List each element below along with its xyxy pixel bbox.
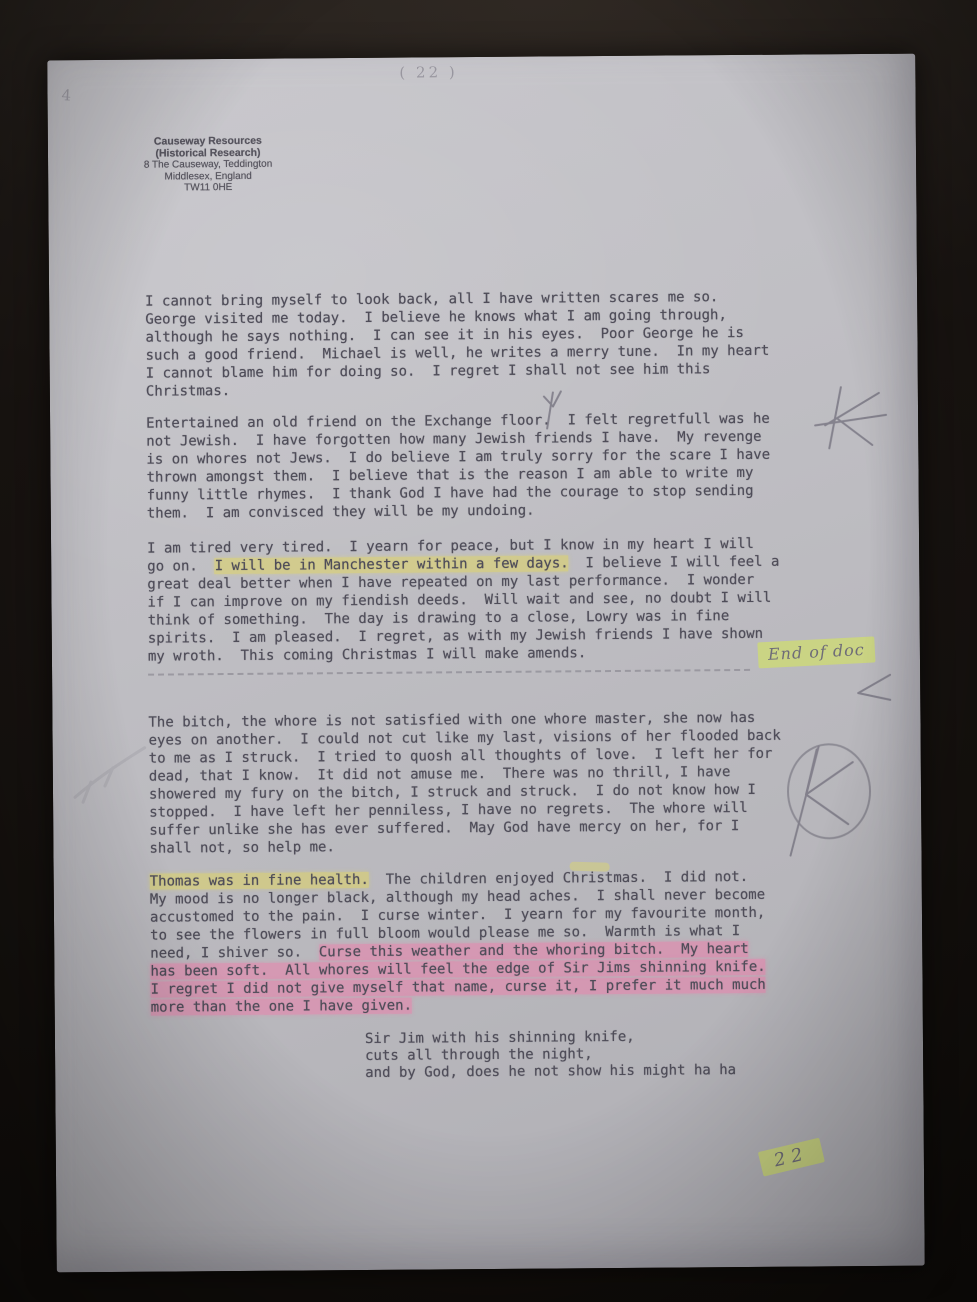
paragraph: I cannot bring myself to look back, all … bbox=[145, 288, 776, 401]
faint-scribble-icon bbox=[75, 748, 145, 803]
typed-divider bbox=[148, 669, 750, 676]
typed-text: Christmas. bbox=[146, 383, 230, 400]
arrow-annotation-icon bbox=[858, 675, 890, 700]
typed-line: them. I am convisced they will be my und… bbox=[147, 500, 777, 523]
typed-text: them. I am convisced they will be my und… bbox=[147, 503, 535, 522]
typed-text: Sir Jim with his shinning knife, bbox=[365, 1029, 635, 1047]
typed-text: go on. bbox=[147, 558, 215, 575]
paragraph: Entertained an old friend on the Exchang… bbox=[146, 410, 777, 523]
highlighted-text: I regret I did not give myself that name… bbox=[150, 977, 765, 998]
circled-asterisk-icon bbox=[788, 744, 871, 856]
highlighted-text: Thomas was in fine health. bbox=[150, 872, 369, 890]
paragraph: The bitch, the whore is not satisfied wi… bbox=[148, 709, 779, 858]
typed-text: my wroth. This coming Christmas I will m… bbox=[148, 645, 586, 664]
paragraph: Thomas was in fine health. The children … bbox=[150, 868, 781, 1017]
typed-text: shall not, so help me. bbox=[149, 839, 335, 856]
typed-text: and by God, does he not show his might h… bbox=[365, 1062, 736, 1081]
paragraph: I am tired very tired. I yearn for peace… bbox=[147, 535, 778, 666]
typed-text: I cannot blame him for doing so. I regre… bbox=[146, 361, 711, 381]
typed-text: funny little rhymes. I thank God I have … bbox=[147, 483, 754, 504]
typed-text: I believe I will feel a bbox=[569, 554, 780, 572]
typed-body: I cannot bring myself to look back, all … bbox=[145, 288, 781, 1084]
photo-background: ( 22 ) 4 Causeway Resources (Historical … bbox=[0, 0, 977, 1302]
highlighted-text: I will be in Manchester within a few day… bbox=[215, 555, 569, 574]
sticky-number-note: 22 bbox=[758, 1138, 825, 1177]
typed-text: cuts all through the night, bbox=[365, 1046, 593, 1064]
typed-text: spirits. I am pleased. I regret, as with… bbox=[148, 626, 763, 647]
highlighted-text: more than the one I have given. bbox=[151, 998, 412, 1016]
typed-text: The children enjoyed Christmas. I did no… bbox=[369, 869, 748, 888]
asterisk-mark-icon bbox=[815, 387, 886, 449]
typed-line: shall not, so help me. bbox=[149, 835, 779, 858]
highlighted-text: Curse this weather and the whoring bitch… bbox=[319, 941, 749, 960]
document-page: ( 22 ) 4 Causeway Resources (Historical … bbox=[47, 54, 924, 1273]
typed-line: and by God, does he not show his might h… bbox=[365, 1062, 781, 1082]
page-number-annotation: ( 22 ) bbox=[399, 63, 457, 81]
typed-text: need, I shiver so. bbox=[150, 944, 319, 961]
typed-text: suffer unlike she has ever suffered. May… bbox=[149, 818, 739, 839]
typed-line: more than the one I have given. bbox=[151, 994, 781, 1017]
letterhead: Causeway Resources (Historical Research)… bbox=[103, 135, 313, 194]
corner-mark-annotation: 4 bbox=[61, 86, 72, 105]
paragraph: Sir Jim with his shinning knife,cuts all… bbox=[151, 1028, 781, 1084]
letterhead-postcode: TW11 0HE bbox=[103, 181, 313, 194]
end-of-doc-note: End of doc bbox=[757, 636, 875, 668]
typed-line: my wroth. This coming Christmas I will m… bbox=[148, 643, 778, 666]
highlighter-smudge bbox=[569, 862, 609, 872]
